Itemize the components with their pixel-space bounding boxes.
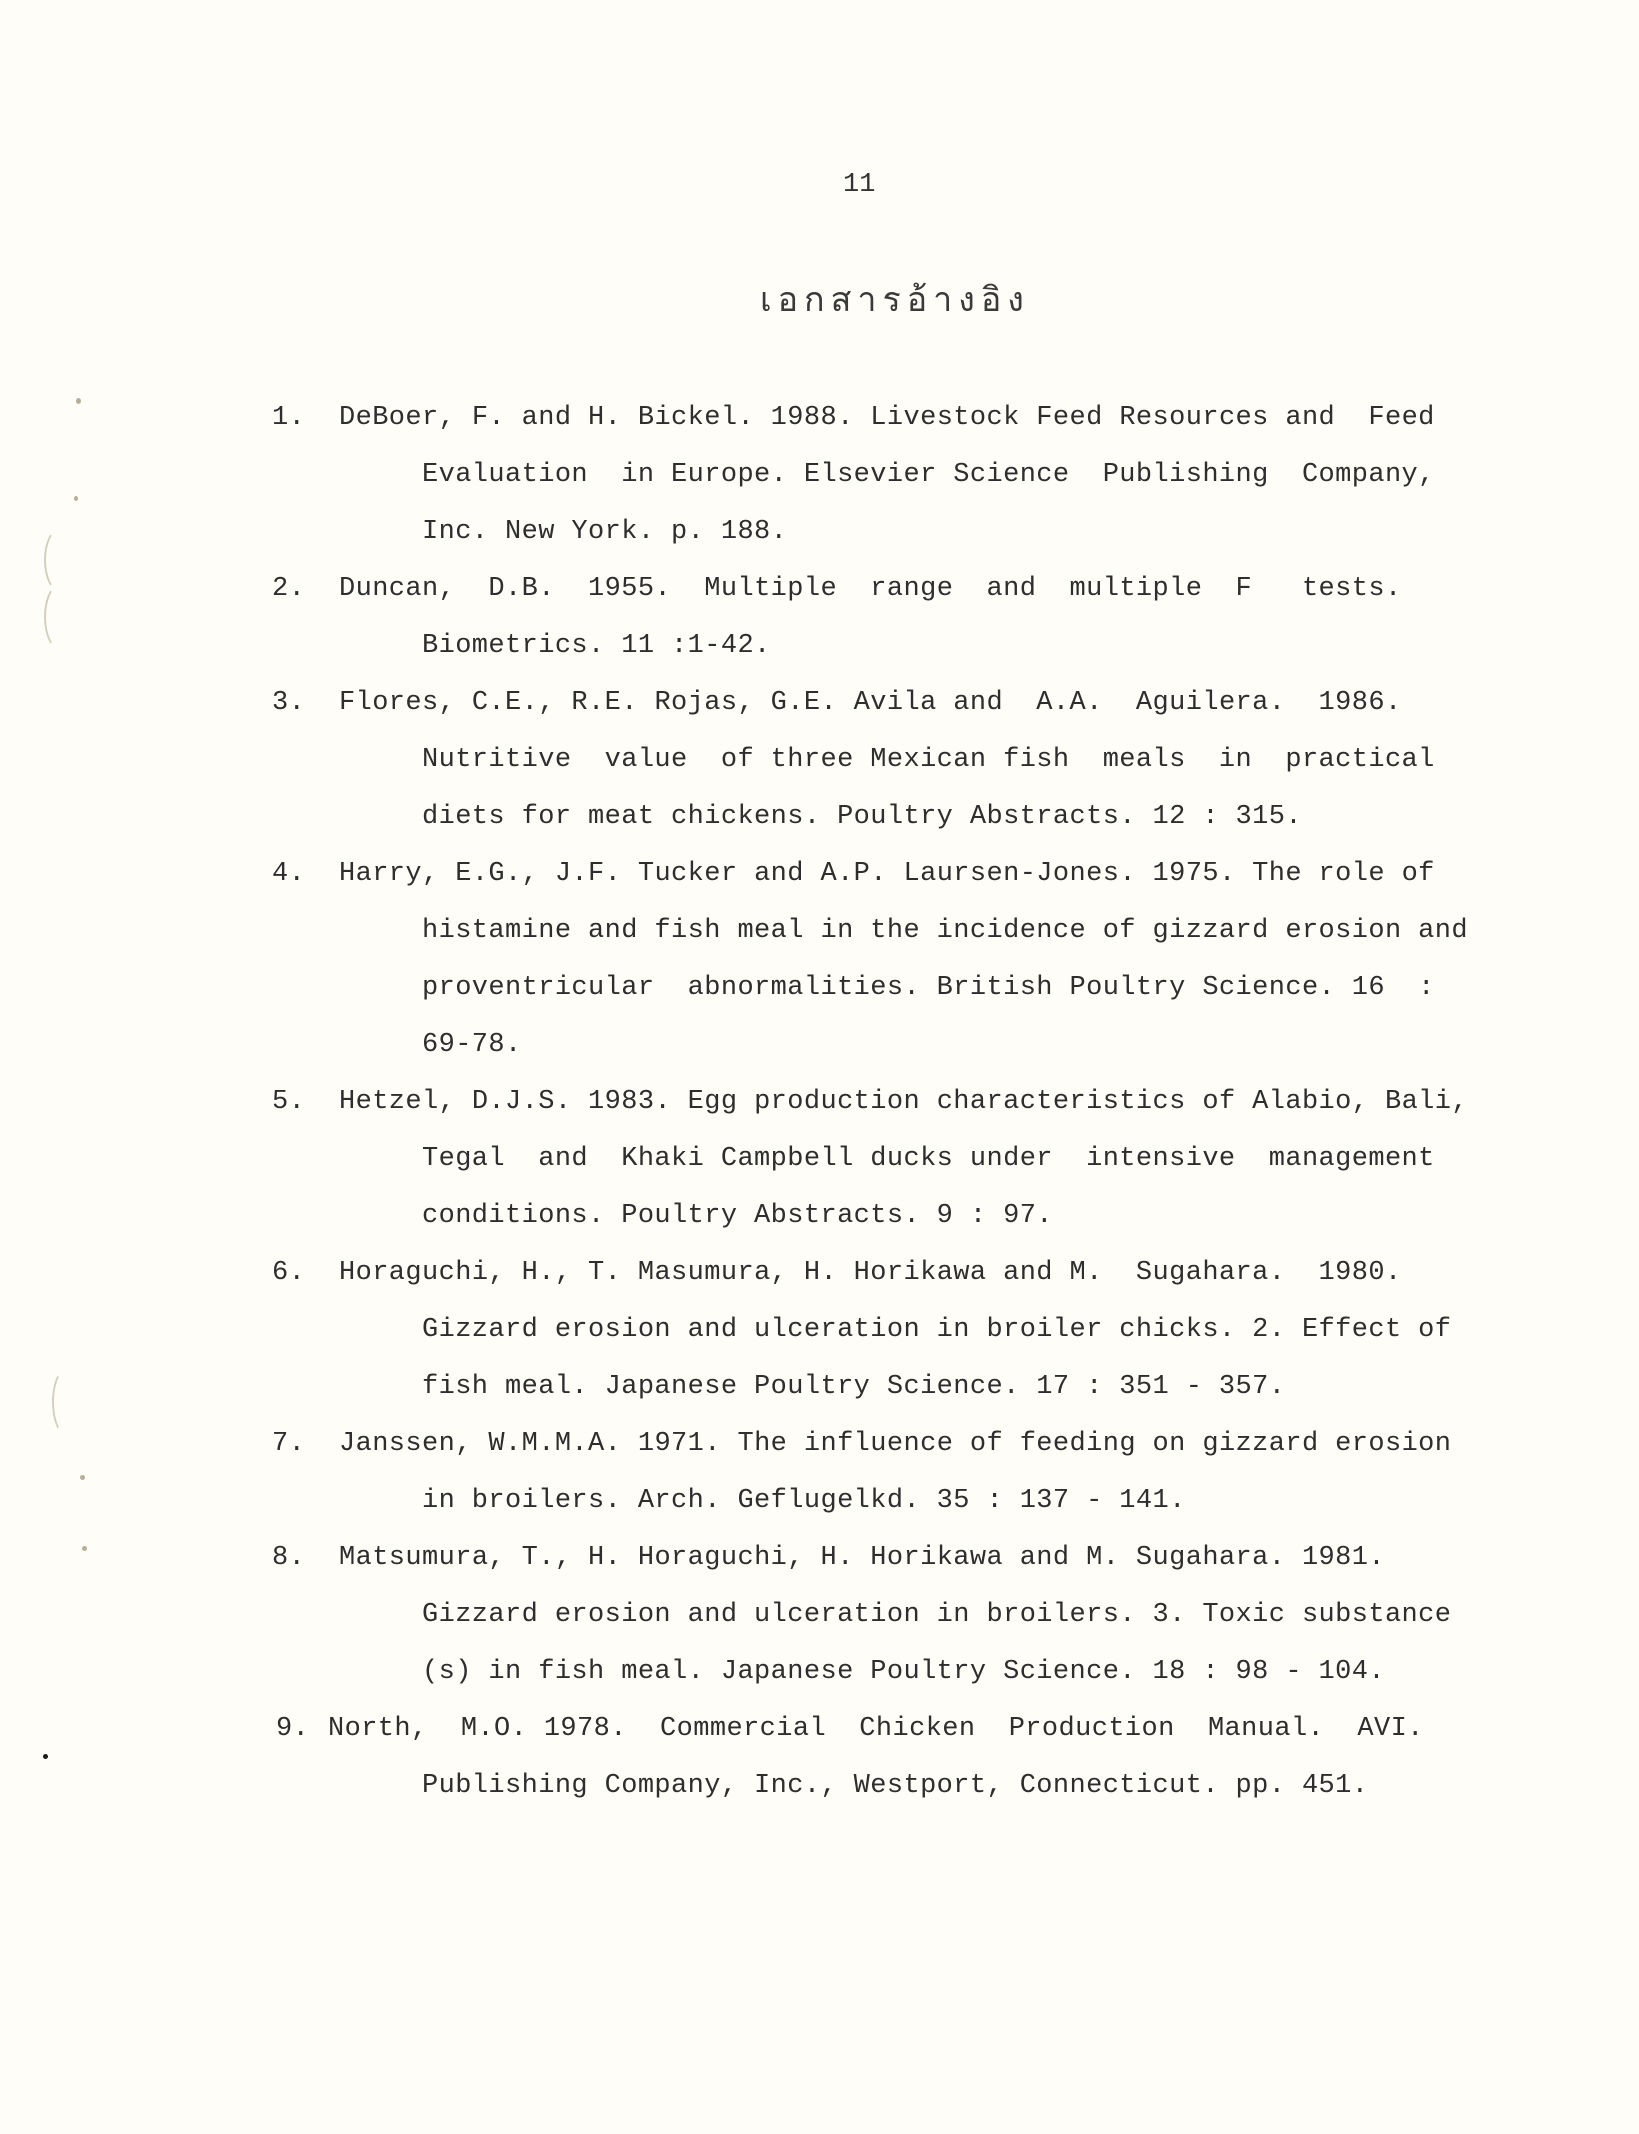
scan-speck (80, 1475, 85, 1480)
reference-number: 1. (272, 390, 339, 447)
page-number: 11 (843, 170, 875, 200)
ink-dot (43, 1754, 48, 1759)
reference-text-line: Harry, E.G., J.F. Tucker and A.P. Laurse… (339, 846, 1435, 903)
reference-text-line: Nutritive value of three Mexican fish me… (272, 732, 1502, 789)
reference-item: 9. North, M.O. 1978. Commercial Chicken … (272, 1701, 1502, 1815)
reference-text-line: Gizzard erosion and ulceration in broile… (272, 1587, 1502, 1644)
reference-text-line: Matsumura, T., H. Horaguchi, H. Horikawa… (339, 1530, 1385, 1587)
reference-text-line: North, M.O. 1978. Commercial Chicken Pro… (328, 1701, 1424, 1758)
reference-item: 7. Janssen, W.M.M.A. 1971. The influence… (272, 1416, 1502, 1530)
reference-text-line: Evaluation in Europe. Elsevier Science P… (272, 447, 1502, 504)
reference-text-line: diets for meat chickens. Poultry Abstrac… (272, 789, 1502, 846)
scanned-page: 11 เอกสารอ้างอิง 1. DeBoer, F. and H. Bi… (0, 0, 1639, 2134)
reference-number: 5. (272, 1074, 339, 1131)
reference-item: 2. Duncan, D.B. 1955. Multiple range and… (272, 561, 1502, 675)
reference-number: 7. (272, 1416, 339, 1473)
reference-text-line: Hetzel, D.J.S. 1983. Egg production char… (339, 1074, 1468, 1131)
reference-item: 4. Harry, E.G., J.F. Tucker and A.P. Lau… (272, 846, 1502, 1074)
reference-text-line: in broilers. Arch. Geflugelkd. 35 : 137 … (272, 1473, 1502, 1530)
reference-text-line: Inc. New York. p. 188. (272, 504, 1502, 561)
scan-speck (74, 496, 78, 501)
scan-stain-arc (44, 528, 76, 592)
reference-item: 6. Horaguchi, H., T. Masumura, H. Horika… (272, 1245, 1502, 1416)
reference-number: 9. (276, 1701, 328, 1758)
page-title: เอกสารอ้างอิง (760, 272, 1030, 326)
reference-text-line: Biometrics. 11 :1-42. (272, 618, 1502, 675)
reference-item: 1. DeBoer, F. and H. Bickel. 1988. Lives… (272, 390, 1502, 561)
reference-text-line: DeBoer, F. and H. Bickel. 1988. Livestoc… (339, 390, 1435, 447)
reference-text-line: proventricular abnormalities. British Po… (272, 960, 1502, 1017)
reference-number: 8. (272, 1530, 339, 1587)
reference-list: 1. DeBoer, F. and H. Bickel. 1988. Lives… (272, 390, 1502, 1815)
reference-text-line: Duncan, D.B. 1955. Multiple range and mu… (339, 561, 1402, 618)
scan-speck (76, 398, 81, 404)
reference-number: 4. (272, 846, 339, 903)
reference-text-line: histamine and fish meal in the incidence… (272, 903, 1502, 960)
reference-text-line: Tegal and Khaki Campbell ducks under int… (272, 1131, 1502, 1188)
reference-text-line: Horaguchi, H., T. Masumura, H. Horikawa … (339, 1245, 1402, 1302)
reference-item: 5. Hetzel, D.J.S. 1983. Egg production c… (272, 1074, 1502, 1245)
scan-stain-arc (44, 584, 76, 650)
reference-text-line: Janssen, W.M.M.A. 1971. The influence of… (339, 1416, 1451, 1473)
reference-item: 8. Matsumura, T., H. Horaguchi, H. Horik… (272, 1530, 1502, 1701)
reference-text-line: conditions. Poultry Abstracts. 9 : 97. (272, 1188, 1502, 1245)
reference-text-line: (s) in fish meal. Japanese Poultry Scien… (272, 1644, 1502, 1701)
reference-text-line: Flores, C.E., R.E. Rojas, G.E. Avila and… (339, 675, 1402, 732)
scan-stain-arc (52, 1370, 78, 1434)
reference-text-line: 69-78. (272, 1017, 1502, 1074)
reference-number: 3. (272, 675, 339, 732)
reference-item: 3. Flores, C.E., R.E. Rojas, G.E. Avila … (272, 675, 1502, 846)
reference-text-line: Gizzard erosion and ulceration in broile… (272, 1302, 1502, 1359)
reference-number: 6. (272, 1245, 339, 1302)
reference-number: 2. (272, 561, 339, 618)
reference-text-line: fish meal. Japanese Poultry Science. 17 … (272, 1359, 1502, 1416)
scan-speck (82, 1546, 87, 1551)
reference-text-line: Publishing Company, Inc., Westport, Conn… (272, 1758, 1502, 1815)
